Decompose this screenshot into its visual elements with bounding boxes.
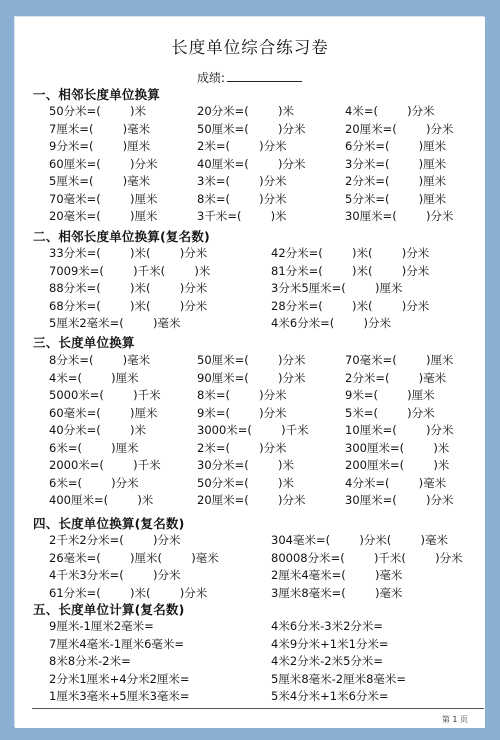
problem-item: 2厘米4毫米=( )毫米 [271,567,403,583]
problem-item: 26毫米=( )厘米( )毫米 [49,550,219,566]
problem-item: 20厘米=( )分米 [197,492,306,508]
problem-row: 6米=( )分米50分米=( )米4分米=( )毫米 [15,475,485,492]
problem-row: 33分米=( )米( )分米42分米=( )米( )分米 [15,245,485,262]
problem-item: 7009米=( )千米( )米 [49,263,210,279]
problem-item: 30厘米=( )分米 [345,208,454,224]
problem-item: 2千米2分米=( )分米 [49,532,181,548]
score-label: 成绩: [197,71,225,85]
problem-row: 8米8分米-2米=4米2分米-2米5分米= [15,653,485,670]
problem-item: 4千米3分米=( )分米 [49,567,181,583]
problem-row: 4米=( )厘米90厘米=( )分米2分米=( )毫米 [15,370,485,387]
problem-item: 5厘米8毫米-2厘米8毫米= [271,671,406,687]
problem-item: 9厘米-1厘米2毫米= [49,618,154,634]
problem-item: 400厘米=( )米 [49,492,153,508]
problem-item: 6分米=( )厘米 [345,138,446,154]
problem-item: 8米8分米-2米= [49,653,131,669]
problem-item: 5000米=( )千米 [49,387,161,403]
problem-item: 3厘米8毫米=( )毫米 [271,585,403,601]
problem-item: 28分米=( )米( )分米 [271,298,429,314]
problem-item: 3000米=( )千米 [197,422,309,438]
problem-item: 20分米=( )米 [197,103,294,119]
problem-item: 4米9分米+1米1分米= [271,636,389,652]
problem-item: 6米=( )分米 [49,475,139,491]
page-number: 第 1 页 [442,714,468,725]
problem-item: 90厘米=( )分米 [197,370,306,386]
problem-item: 10厘米=( )分米 [345,422,454,438]
problem-row: 88分米=( )米( )分米3分米5厘米=( )厘米 [15,280,485,297]
problem-row: 20毫米=( )厘米3千米=( )米30厘米=( )分米 [15,208,485,225]
problem-row: 1厘米3毫米+5厘米3毫米=5米4分米+1米6分米= [15,688,485,705]
problem-row: 61分米=( )米( )分米3厘米8毫米=( )毫米 [15,585,485,602]
worksheet-page: 长度单位综合练习卷 成绩: 一、相邻长度单位换算50分米=( )米20分米=( … [15,17,485,728]
problem-item: 3分米5厘米=( )厘米 [271,280,403,296]
section-heading: 四、长度单位换算(复名数) [33,514,185,532]
problem-item: 20毫米=( )厘米 [49,208,158,224]
problem-item: 2米=( )分米 [197,440,287,456]
problem-item: 80008分米=( )千米( )分米 [271,550,463,566]
section-heading: 三、长度单位换算 [33,333,135,351]
problem-row: 5000米=( )千米8米=( )分米9米=( )厘米 [15,387,485,404]
problem-row: 6米=( )厘米2米=( )分米300厘米=( )米 [15,440,485,457]
problem-item: 5分米=( )厘米 [345,191,446,207]
problem-row: 8分米=( )毫米50厘米=( )分米70毫米=( )厘米 [15,352,485,369]
problem-item: 5厘米=( )毫米 [49,173,150,189]
problem-item: 4米6分米-3米2分米= [271,618,383,634]
footer-divider [32,708,484,709]
problem-row: 5厘米2毫米=( )毫米4米6分米=( )分米 [15,315,485,332]
problem-item: 2分米=( )毫米 [345,370,446,386]
problem-row: 70毫米=( )厘米8米=( )分米5分米=( )厘米 [15,191,485,208]
problem-item: 40分米=( )米 [49,422,146,438]
problem-row: 9分米=( )厘米2米=( )分米6分米=( )厘米 [15,138,485,155]
problem-item: 60厘米=( )分米 [49,156,158,172]
problem-item: 2分米1厘米+4分米2厘米= [49,671,190,687]
problem-row: 60厘米=( )分米40厘米=( )分米3分米=( )厘米 [15,156,485,173]
problem-item: 5厘米2毫米=( )毫米 [49,315,181,331]
problem-item: 2000米=( )千米 [49,457,161,473]
problem-item: 5米4分米+1米6分米= [271,688,389,704]
problem-item: 8米=( )分米 [197,387,287,403]
problem-item: 8分米=( )毫米 [49,352,150,368]
problem-item: 9分米=( )厘米 [49,138,150,154]
problem-row: 60毫米=( )厘米9米=( )分米5米=( )分米 [15,405,485,422]
problem-item: 42分米=( )米( )分米 [271,245,429,261]
section-heading: 一、相邻长度单位换算 [33,85,160,103]
problem-item: 7厘米4毫米-1厘米6毫米= [49,636,184,652]
problem-row: 4千米3分米=( )分米2厘米4毫米=( )毫米 [15,567,485,584]
problem-row: 2分米1厘米+4分米2厘米=5厘米8毫米-2厘米8毫米= [15,671,485,688]
problem-row: 7009米=( )千米( )米81分米=( )米( )分米 [15,263,485,280]
problem-row: 400厘米=( )米20厘米=( )分米30厘米=( )分米 [15,492,485,509]
problem-item: 2分米=( )厘米 [345,173,446,189]
problem-item: 50分米=( )米 [197,475,294,491]
problem-item: 88分米=( )米( )分米 [49,280,207,296]
problem-row: 40分米=( )米3000米=( )千米10厘米=( )分米 [15,422,485,439]
problem-item: 8米=( )分米 [197,191,287,207]
problem-item: 40厘米=( )分米 [197,156,306,172]
problem-row: 26毫米=( )厘米( )毫米80008分米=( )千米( )分米 [15,550,485,567]
problem-item: 33分米=( )米( )分米 [49,245,207,261]
problem-row: 2000米=( )千米30分米=( )米200厘米=( )米 [15,457,485,474]
score-blank-line[interactable] [227,70,302,82]
problem-item: 200厘米=( )米 [345,457,449,473]
score-field: 成绩: [197,69,302,86]
problem-item: 50厘米=( )分米 [197,352,306,368]
problem-item: 30厘米=( )分米 [345,492,454,508]
problem-item: 50分米=( )米 [49,103,146,119]
problem-item: 3分米=( )厘米 [345,156,446,172]
section-heading: 五、长度单位计算(复名数) [33,600,185,618]
problem-item: 3千米=( )米 [197,208,287,224]
problem-item: 2米=( )分米 [197,138,287,154]
problem-item: 4米=( )厘米 [49,370,139,386]
problem-item: 50厘米=( )分米 [197,121,306,137]
problem-item: 3米=( )分米 [197,173,287,189]
problem-item: 1厘米3毫米+5厘米3毫米= [49,688,190,704]
problem-item: 304毫米=( )分米( )毫米 [271,532,448,548]
problem-row: 68分米=( )米( )分米28分米=( )米( )分米 [15,298,485,315]
problem-item: 20厘米=( )分米 [345,121,454,137]
problem-item: 9米=( )厘米 [345,387,435,403]
problem-item: 300厘米=( )米 [345,440,449,456]
page-title: 长度单位综合练习卷 [15,34,485,58]
problem-row: 2千米2分米=( )分米304毫米=( )分米( )毫米 [15,532,485,549]
problem-item: 60毫米=( )厘米 [49,405,158,421]
problem-row: 7厘米=( )毫米50厘米=( )分米20厘米=( )分米 [15,121,485,138]
problem-row: 5厘米=( )毫米3米=( )分米2分米=( )厘米 [15,173,485,190]
problem-item: 4分米=( )毫米 [345,475,446,491]
problem-item: 6米=( )厘米 [49,440,139,456]
problem-row: 9厘米-1厘米2毫米=4米6分米-3米2分米= [15,618,485,635]
section-heading: 二、相邻长度单位换算(复名数) [33,227,210,245]
problem-row: 7厘米4毫米-1厘米6毫米=4米9分米+1米1分米= [15,636,485,653]
problem-item: 5米=( )分米 [345,405,435,421]
problem-item: 70毫米=( )厘米 [345,352,454,368]
problem-item: 7厘米=( )毫米 [49,121,150,137]
problem-item: 4米6分米=( )分米 [271,315,391,331]
problem-item: 61分米=( )米( )分米 [49,585,207,601]
problem-item: 9米=( )分米 [197,405,287,421]
problem-row: 50分米=( )米20分米=( )米4米=( )分米 [15,103,485,120]
problem-item: 4米2分米-2米5分米= [271,653,383,669]
problem-item: 68分米=( )米( )分米 [49,298,207,314]
problem-item: 30分米=( )米 [197,457,294,473]
problem-item: 81分米=( )米( )分米 [271,263,429,279]
problem-item: 4米=( )分米 [345,103,435,119]
problem-item: 70毫米=( )厘米 [49,191,158,207]
